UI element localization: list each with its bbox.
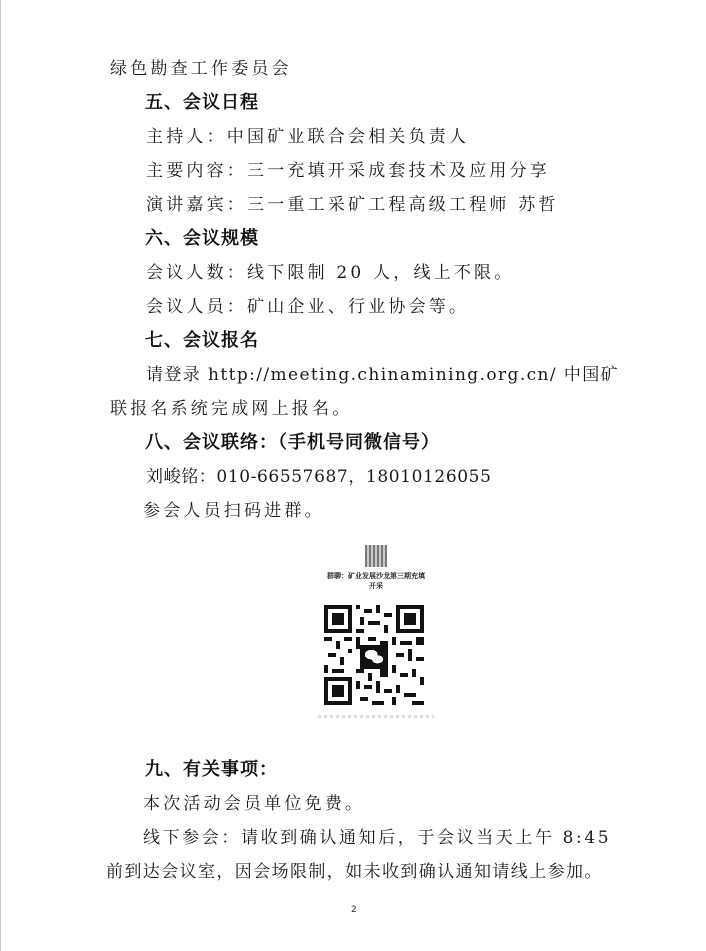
registration-link-line[interactable]: 请登录 http://meeting.chinamining.org.cn/ 中… — [146, 364, 619, 386]
qr-caption-line1: 群聊：矿业发展沙龙第三期充填 — [306, 571, 446, 581]
scale-count: 会议人数：线下限制 20 人，线上不限。 — [146, 262, 514, 284]
wechat-group-qr[interactable]: 群聊：矿业发展沙龙第三期充填 开采 — [306, 545, 446, 725]
section-heading-notes: 九、有关事项： — [145, 759, 278, 781]
section-heading-scale: 六、会议规模 — [145, 228, 259, 250]
group-avatar-icon — [365, 545, 387, 567]
scale-attendees: 会议人员：矿山企业、行业协会等。 — [146, 296, 469, 318]
notes-fee: 本次活动会员单位免费。 — [143, 793, 365, 815]
qr-code-icon — [324, 605, 424, 705]
section-heading-contact: 八、会议联络：（手机号同微信号） — [145, 432, 440, 454]
page-number: 2 — [351, 905, 357, 915]
registration-line-2: 联报名系统完成网上报名。 — [110, 398, 352, 420]
contact-scan-note: 参会人员扫码进群。 — [143, 500, 325, 522]
qr-caption: 群聊：矿业发展沙龙第三期充填 开采 — [306, 571, 446, 591]
qr-footer-text — [318, 715, 434, 718]
notes-offline-2: 前到达会议室，因会场限制，如未收到确认通知请线上参加。 — [106, 861, 603, 883]
page-edge — [0, 0, 1, 951]
notes-offline-1: 线下参会：请收到确认通知后，于会议当天上午 8:45 — [143, 827, 611, 849]
section-heading-schedule: 五、会议日程 — [145, 92, 259, 114]
qr-caption-line2: 开采 — [306, 581, 446, 591]
schedule-host: 主持人：中国矿业联合会相关负责人 — [146, 126, 469, 148]
continuation-text: 绿色勘查工作委员会 — [110, 58, 292, 80]
contact-phone: 刘峻铭：010-66557687，18010126055 — [146, 466, 492, 488]
section-heading-registration: 七、会议报名 — [145, 330, 259, 352]
schedule-speaker: 演讲嘉宾：三一重工采矿工程高级工程师 苏哲 — [146, 194, 559, 216]
schedule-content: 主要内容：三一充填开采成套技术及应用分享 — [146, 160, 550, 182]
